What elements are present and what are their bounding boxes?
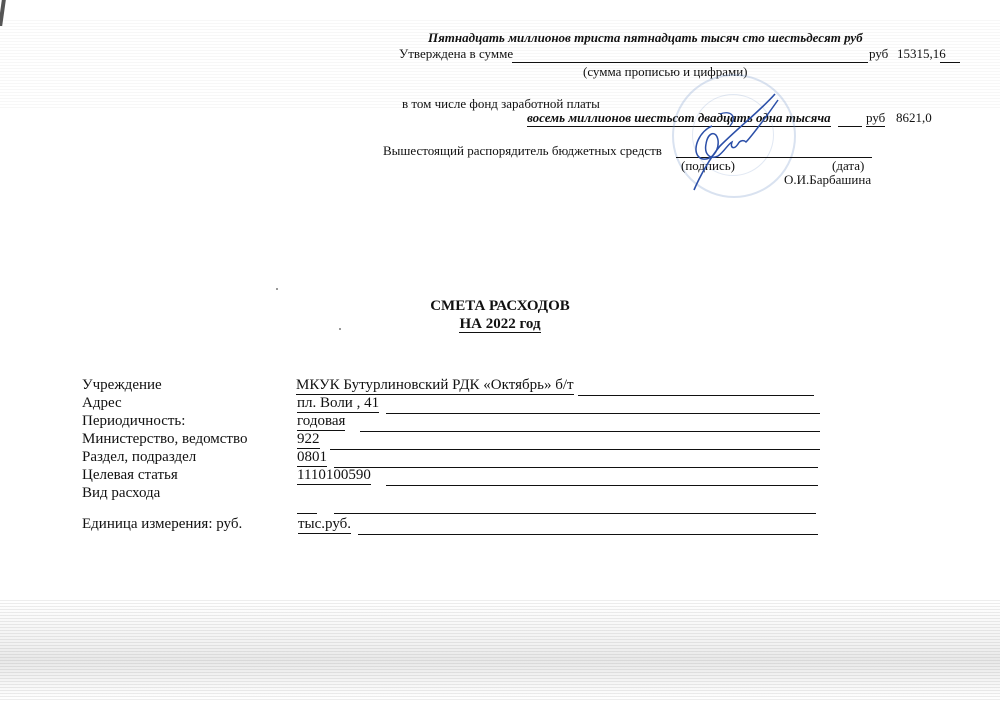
- form-label-expense-type: Вид расхода: [82, 485, 160, 502]
- form-value-target-article: 1110100590: [297, 467, 371, 485]
- approved-tail-line: [940, 62, 960, 63]
- approved-label: Утверждена в сумме: [399, 46, 513, 62]
- form-value-address: пл. Воли , 41: [297, 395, 379, 413]
- approved-amount-words: Пятнадцать миллионов триста пятнадцать т…: [428, 30, 863, 46]
- approved-amount: 15315,16: [897, 46, 946, 62]
- form-label-target-article: Целевая статья: [82, 467, 178, 484]
- payroll-fill-line: [838, 126, 862, 127]
- form-label-address: Адрес: [82, 395, 122, 412]
- form-line-address: [386, 413, 820, 414]
- form-line-unit: [358, 534, 818, 535]
- form-value-institution: МКУК Бутурлиновский РДК «Октябрь» б/т: [296, 377, 574, 395]
- form-value-section: 0801: [297, 449, 327, 467]
- approved-fill-line: [512, 62, 868, 63]
- form-value-ministry: 922: [297, 431, 320, 449]
- scan-speck: [276, 288, 278, 290]
- form-label-section: Раздел, подраздел: [82, 449, 196, 466]
- form-label-ministry: Министерство, ведомство: [82, 431, 247, 448]
- form-line-ministry: [330, 449, 820, 450]
- approved-currency: руб: [869, 46, 888, 62]
- document-year: НА 2022 год: [459, 316, 540, 333]
- document-subtitle: НА 2022 год: [0, 316, 1000, 333]
- form-line-expense-type: [334, 513, 816, 514]
- form-line-expense-type-short: [297, 513, 317, 514]
- form-line-section: [334, 467, 818, 468]
- signature-icon: [680, 86, 810, 196]
- payroll-amount: 8621,0: [896, 110, 932, 126]
- payroll-currency: руб: [866, 110, 885, 127]
- form-value-periodicity: годовая: [297, 413, 345, 431]
- form-label-institution: Учреждение: [82, 377, 162, 394]
- scan-noise-bottom: [0, 600, 1000, 700]
- form-line-periodicity: [360, 431, 820, 432]
- superior-label: Вышестоящий распорядитель бюджетных сред…: [383, 143, 662, 159]
- form-line-target-article: [386, 485, 818, 486]
- form-label-periodicity: Периодичность:: [82, 413, 185, 430]
- form-value-unit: тыс.руб.: [298, 516, 351, 534]
- form-line-institution: [578, 395, 814, 396]
- document-title: СМЕТА РАСХОДОВ: [0, 298, 1000, 315]
- form-label-unit: Единица измерения: руб.: [82, 516, 242, 533]
